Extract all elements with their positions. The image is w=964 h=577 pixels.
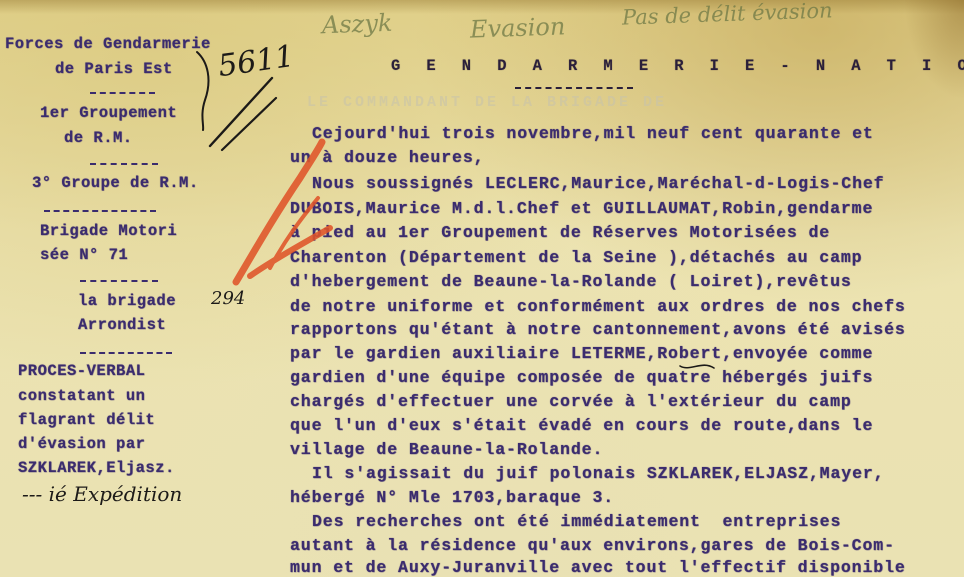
annotation-marks: [0, 0, 964, 577]
red-pencil-strike-icon: [236, 142, 330, 282]
strikethrough-mark-icon: [680, 365, 714, 368]
ink-bracket-icon: [197, 52, 276, 150]
